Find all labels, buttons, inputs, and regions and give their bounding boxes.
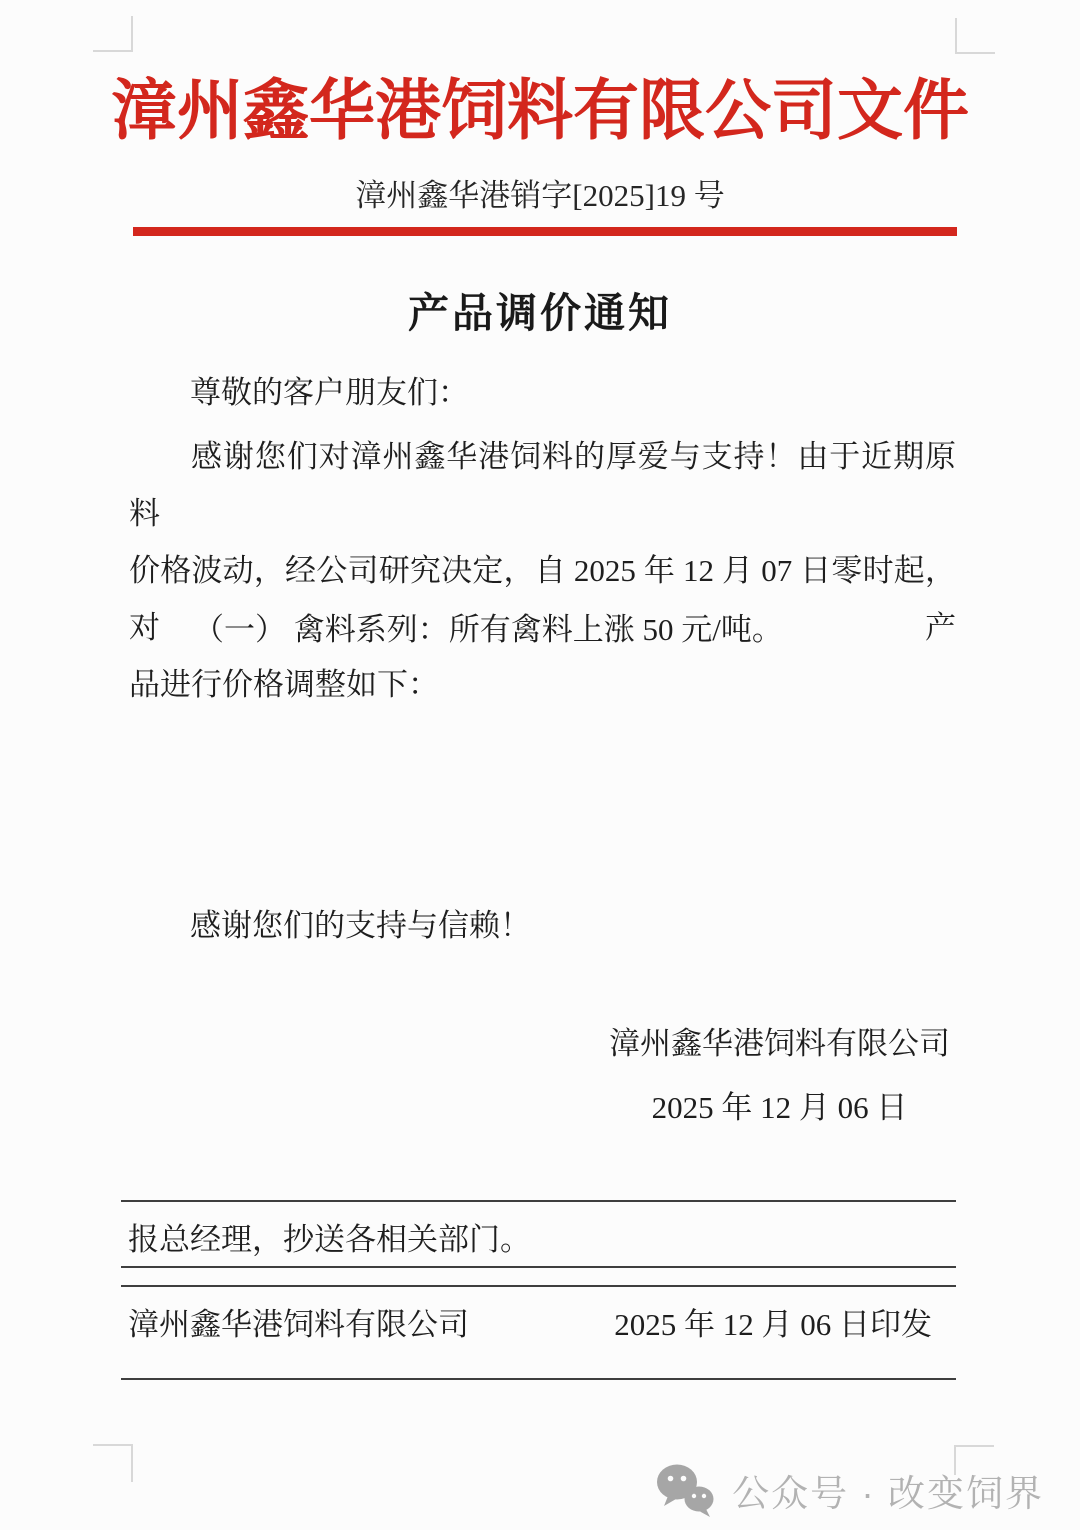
cc-distribution-line: 报总经理，抄送各相关部门。 — [128, 1219, 531, 1261]
paragraph-line: 品进行价格调整如下： — [129, 656, 956, 713]
corner-mark-bottom-left — [93, 1444, 133, 1482]
footer-rule-bottom — [121, 1378, 956, 1380]
red-divider-rule — [133, 227, 957, 236]
body-paragraph: 感谢您们对漳州鑫华港饲料的厚爱与支持！由于近期原料 价格波动，经公司研究决定，自… — [129, 428, 956, 713]
footer-rule-top — [121, 1200, 956, 1202]
salutation: 尊敬的客户朋友们： — [190, 372, 469, 414]
document-page: 漳州鑫华港饲料有限公司文件 漳州鑫华港销字[2025]19 号 产品调价通知 尊… — [0, 0, 1080, 1530]
closing-remark: 感谢您们的支持与信赖！ — [190, 905, 531, 947]
signature-company: 漳州鑫华港饲料有限公司 — [609, 1012, 950, 1076]
corner-mark-top-left — [93, 16, 133, 52]
watermark-text: 公众号 · 改变饲界 — [732, 1463, 1044, 1517]
issue-row: 漳州鑫华港饲料有限公司 2025 年 12 月 06 日印发 — [128, 1304, 932, 1346]
price-adjustment-item: （一） 禽料系列：所有禽料上涨 50 元/吨。 — [129, 601, 956, 658]
company-document-title: 漳州鑫华港饲料有限公司文件 — [0, 76, 1080, 149]
issuer-name: 漳州鑫华港饲料有限公司 — [128, 1304, 469, 1346]
wechat-icon — [654, 1462, 718, 1518]
issue-date: 2025 年 12 月 06 日印发 — [614, 1304, 932, 1346]
document-number: 漳州鑫华港销字[2025]19 号 — [0, 170, 1080, 215]
wechat-watermark: 公众号 · 改变饲界 — [654, 1462, 1044, 1518]
corner-mark-top-right — [955, 18, 995, 54]
signature-date: 2025 年 12 月 06 日 — [609, 1076, 950, 1140]
footer-double-rule-upper — [121, 1266, 956, 1268]
notice-title: 产品调价通知 — [0, 280, 1080, 339]
signature-block: 漳州鑫华港饲料有限公司 2025 年 12 月 06 日 — [609, 1012, 950, 1140]
paragraph-line: 感谢您们对漳州鑫华港饲料的厚爱与支持！由于近期原料 — [129, 428, 956, 542]
footer-double-rule-lower — [121, 1285, 956, 1287]
